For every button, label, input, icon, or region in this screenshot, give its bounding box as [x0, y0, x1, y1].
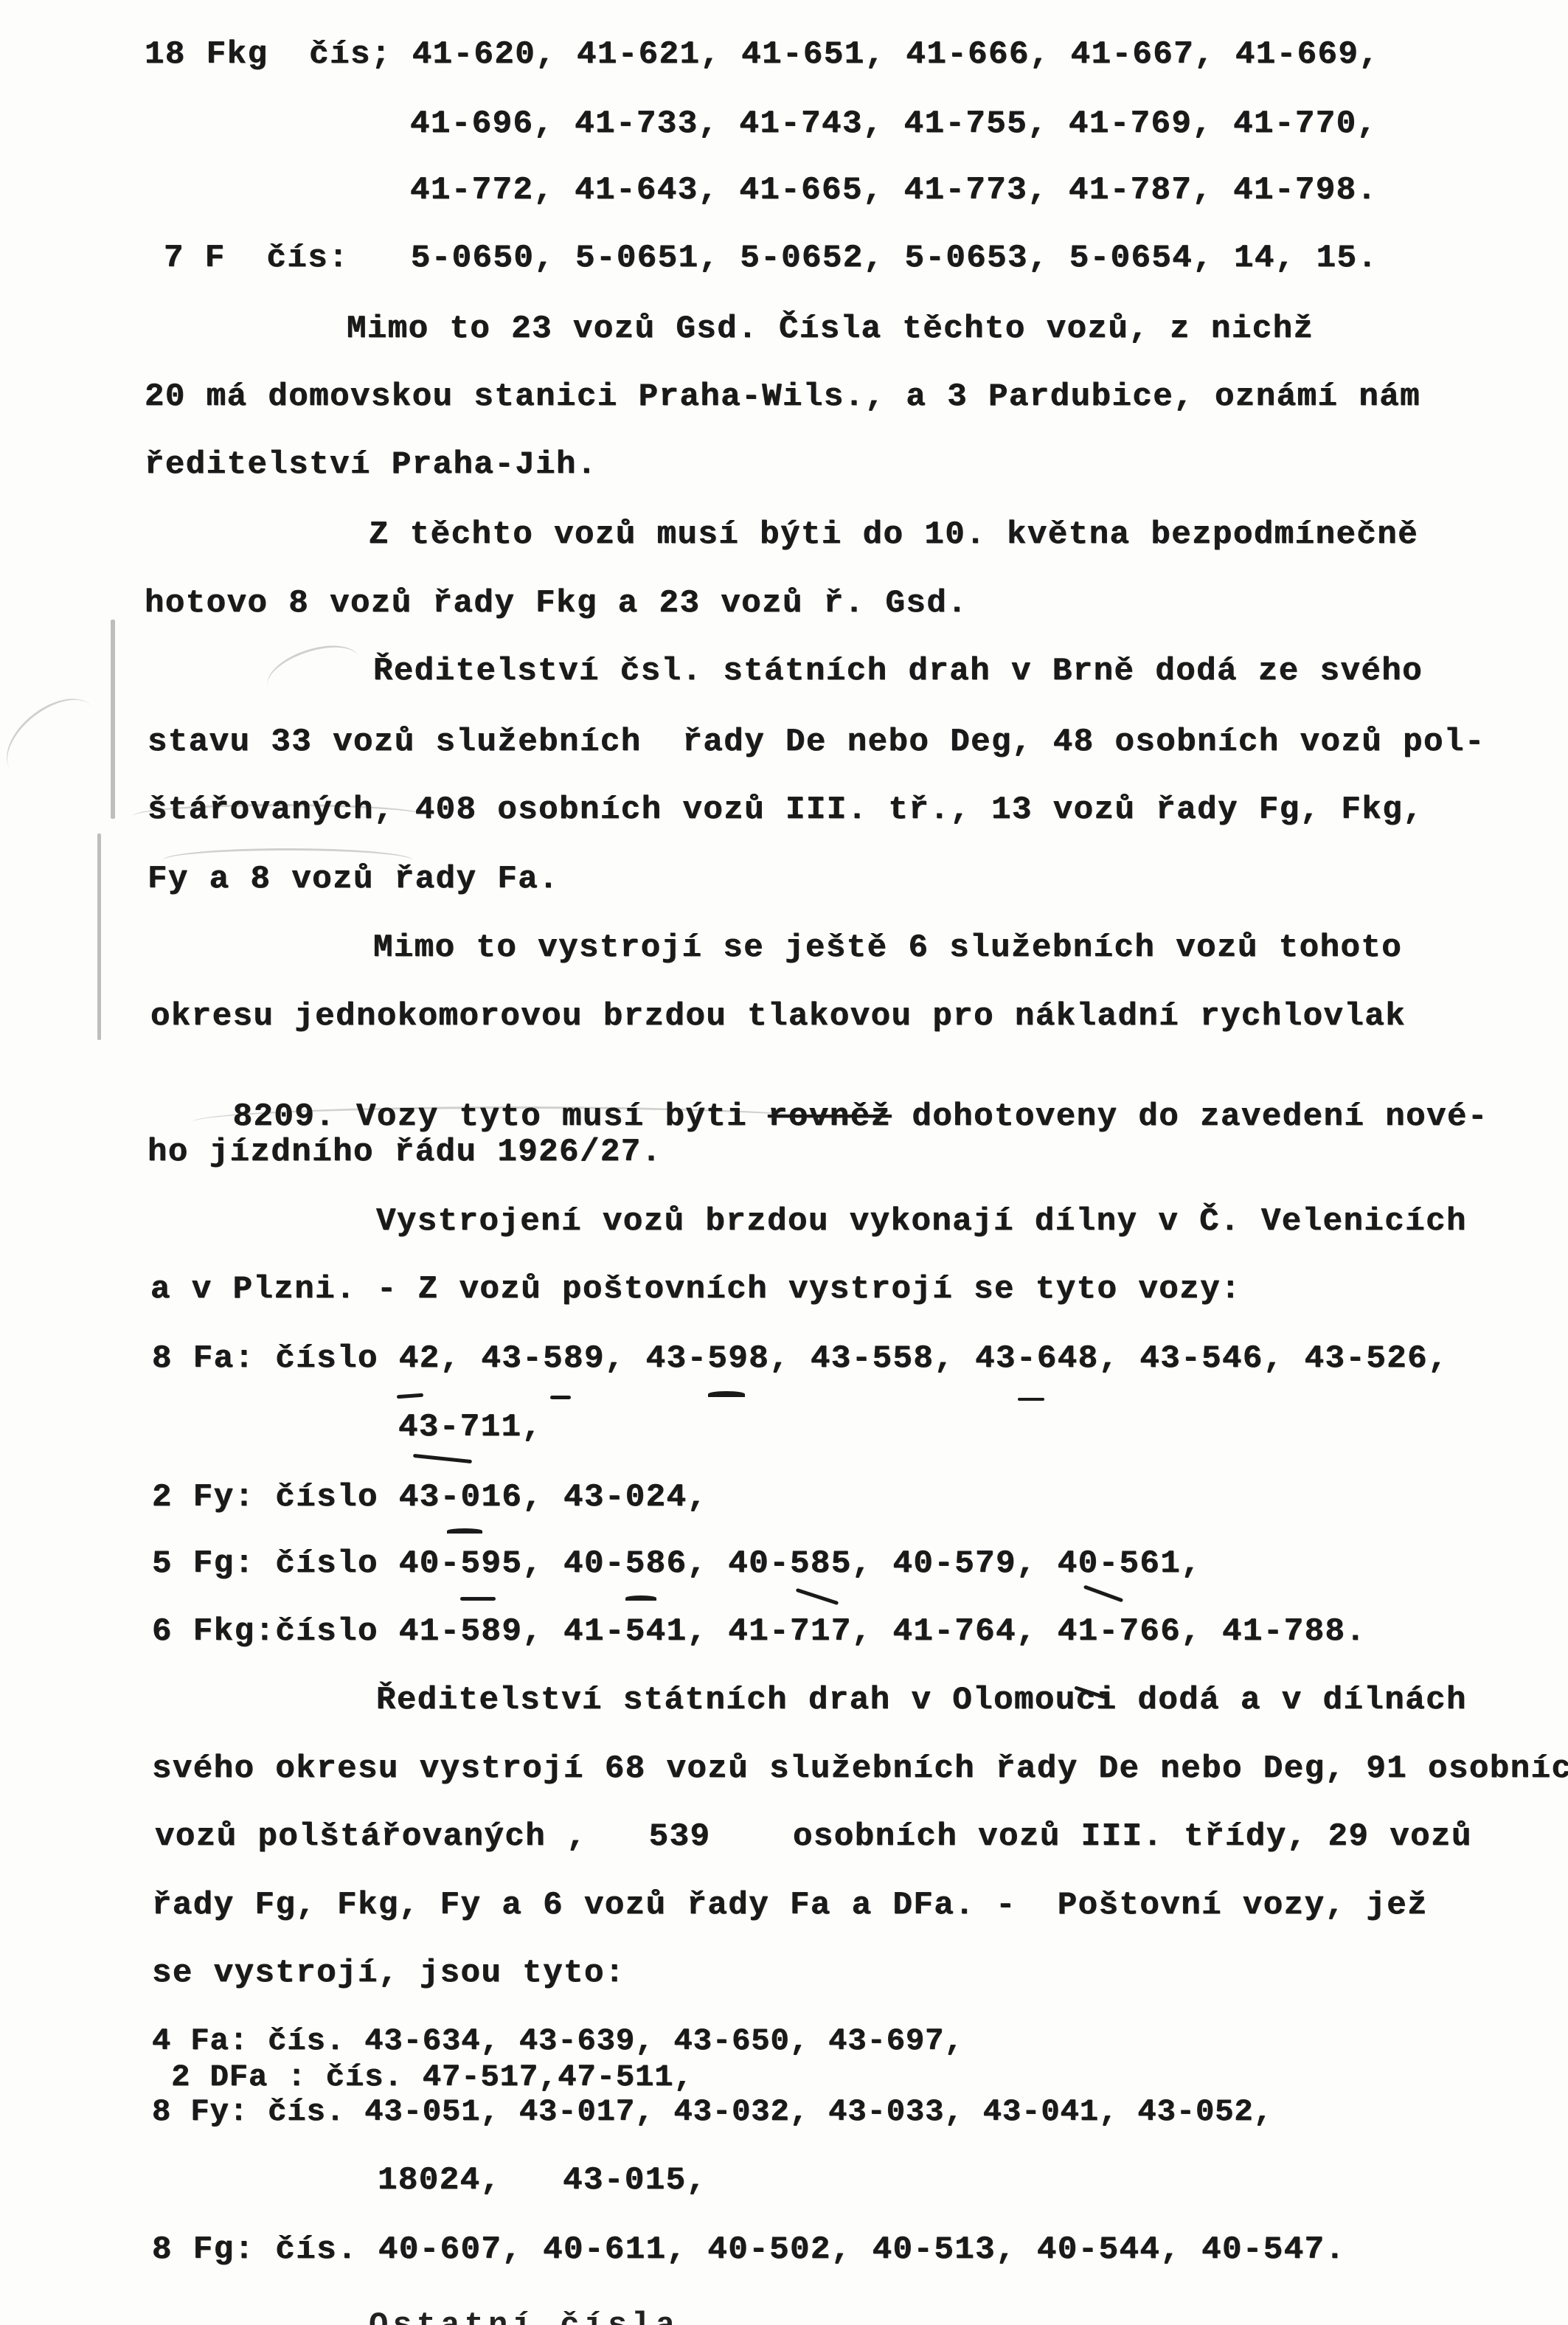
doc-line: 5 Fg: číslo 40-595, 40-586, 40-585, 40-5… — [152, 1548, 1201, 1580]
struck-word: rovněž — [768, 1098, 891, 1135]
doc-line: 20 má domovskou stanici Praha-Wils., a 3… — [145, 381, 1420, 413]
doc-line: ho jízdního řádu 1926/27. — [148, 1136, 662, 1168]
doc-line: 18024, 43-015, — [378, 2164, 707, 2197]
handwritten-underline — [550, 1396, 571, 1399]
doc-line: 4 Fa: čís. 43-634, 43-639, 43-650, 43-69… — [152, 2026, 964, 2057]
cutoff-line-fragment: Ostatní čísla ... — [369, 2307, 775, 2325]
margin-pencil-bar — [97, 834, 101, 1040]
handwritten-underline — [1018, 1398, 1044, 1401]
doc-line: Mimo to vystrojí se ještě 6 služebních v… — [373, 932, 1402, 964]
doc-line: řady Fg, Fkg, Fy a 6 vozů řady Fa a DFa.… — [152, 1889, 1428, 1922]
pencil-stroke — [0, 683, 111, 795]
handwritten-underline — [708, 1391, 745, 1397]
pencil-stroke — [260, 635, 366, 709]
doc-line: 41-772, 41-643, 41-665, 41-773, 41-787, … — [410, 174, 1378, 207]
doc-line: se vystrojí, jsou tyto: — [152, 1957, 625, 1989]
doc-line: vozů polštářovaných , 539 osobních vozů … — [155, 1820, 1472, 1853]
handwritten-underline — [1083, 1585, 1123, 1603]
doc-line: Fy a 8 vozů řady Fa. — [148, 863, 559, 895]
doc-line: a v Plzni. - Z vozů poštovních vystrojí … — [150, 1273, 1241, 1306]
handwritten-underline — [460, 1597, 496, 1601]
doc-line: 8 Fg: čís. 40-607, 40-611, 40-502, 40-51… — [152, 2234, 1345, 2266]
doc-line: 18 Fkg čís; 41-620, 41-621, 41-651, 41-6… — [145, 38, 1379, 71]
doc-line: 8 Fy: čís. 43-051, 43-017, 43-032, 43-03… — [152, 2096, 1273, 2127]
doc-line: 41-696, 41-733, 41-743, 41-755, 41-769, … — [410, 108, 1378, 140]
scanned-page: 18 Fkg čís; 41-620, 41-621, 41-651, 41-6… — [0, 0, 1568, 2325]
doc-line: Vystrojení vozů brzdou vykonají dílny v … — [376, 1205, 1467, 1238]
doc-line: ředitelství Praha-Jih. — [145, 448, 597, 481]
line-text-before: 8209. Vozy tyto musí býti — [233, 1098, 769, 1135]
handwritten-underline — [796, 1588, 839, 1605]
doc-line: okresu jednokomorovou brzdou tlakovou pr… — [150, 1000, 1406, 1033]
doc-line: Ředitelství čsl. státních drah v Brně do… — [373, 655, 1423, 687]
doc-line: stavu 33 vozů služebních řady De nebo De… — [148, 726, 1485, 758]
doc-line: 2 Fy: číslo 43-016, 43-024, — [152, 1481, 707, 1514]
doc-line: Mimo to 23 vozů Gsd. Čísla těchto vozů, … — [347, 313, 1314, 345]
doc-line: 2 DFa : čís. 47-517,47-511, — [152, 2062, 693, 2093]
doc-line: svého okresu vystrojí 68 vozů služebních… — [152, 1753, 1568, 1785]
doc-line: 8 Fa: číslo 42, 43-589, 43-598, 43-558, … — [152, 1342, 1449, 1375]
handwritten-underline — [447, 1528, 482, 1534]
doc-line: štářovaných, 408 osobních vozů III. tř.,… — [148, 794, 1423, 826]
handwritten-underline — [397, 1393, 423, 1399]
doc-line: 6 Fkg:číslo 41-589, 41-541, 41-717, 41-7… — [152, 1615, 1366, 1648]
doc-line: 7 F čís: 5-0650, 5-0651, 5-0652, 5-0653,… — [164, 242, 1378, 274]
margin-pencil-bar — [111, 620, 115, 819]
doc-line: hotovo 8 vozů řady Fkg a 23 vozů ř. Gsd. — [145, 587, 968, 620]
line-text-after: dohotoveny do zavedení nové- — [892, 1098, 1488, 1135]
doc-line: 43-711, — [398, 1411, 542, 1444]
handwritten-underline — [413, 1454, 472, 1463]
handwritten-underline — [625, 1595, 656, 1601]
doc-line: Ředitelství státních drah v Olomouci dod… — [376, 1684, 1467, 1716]
doc-line: Z těchto vozů musí býti do 10. května be… — [369, 519, 1418, 551]
